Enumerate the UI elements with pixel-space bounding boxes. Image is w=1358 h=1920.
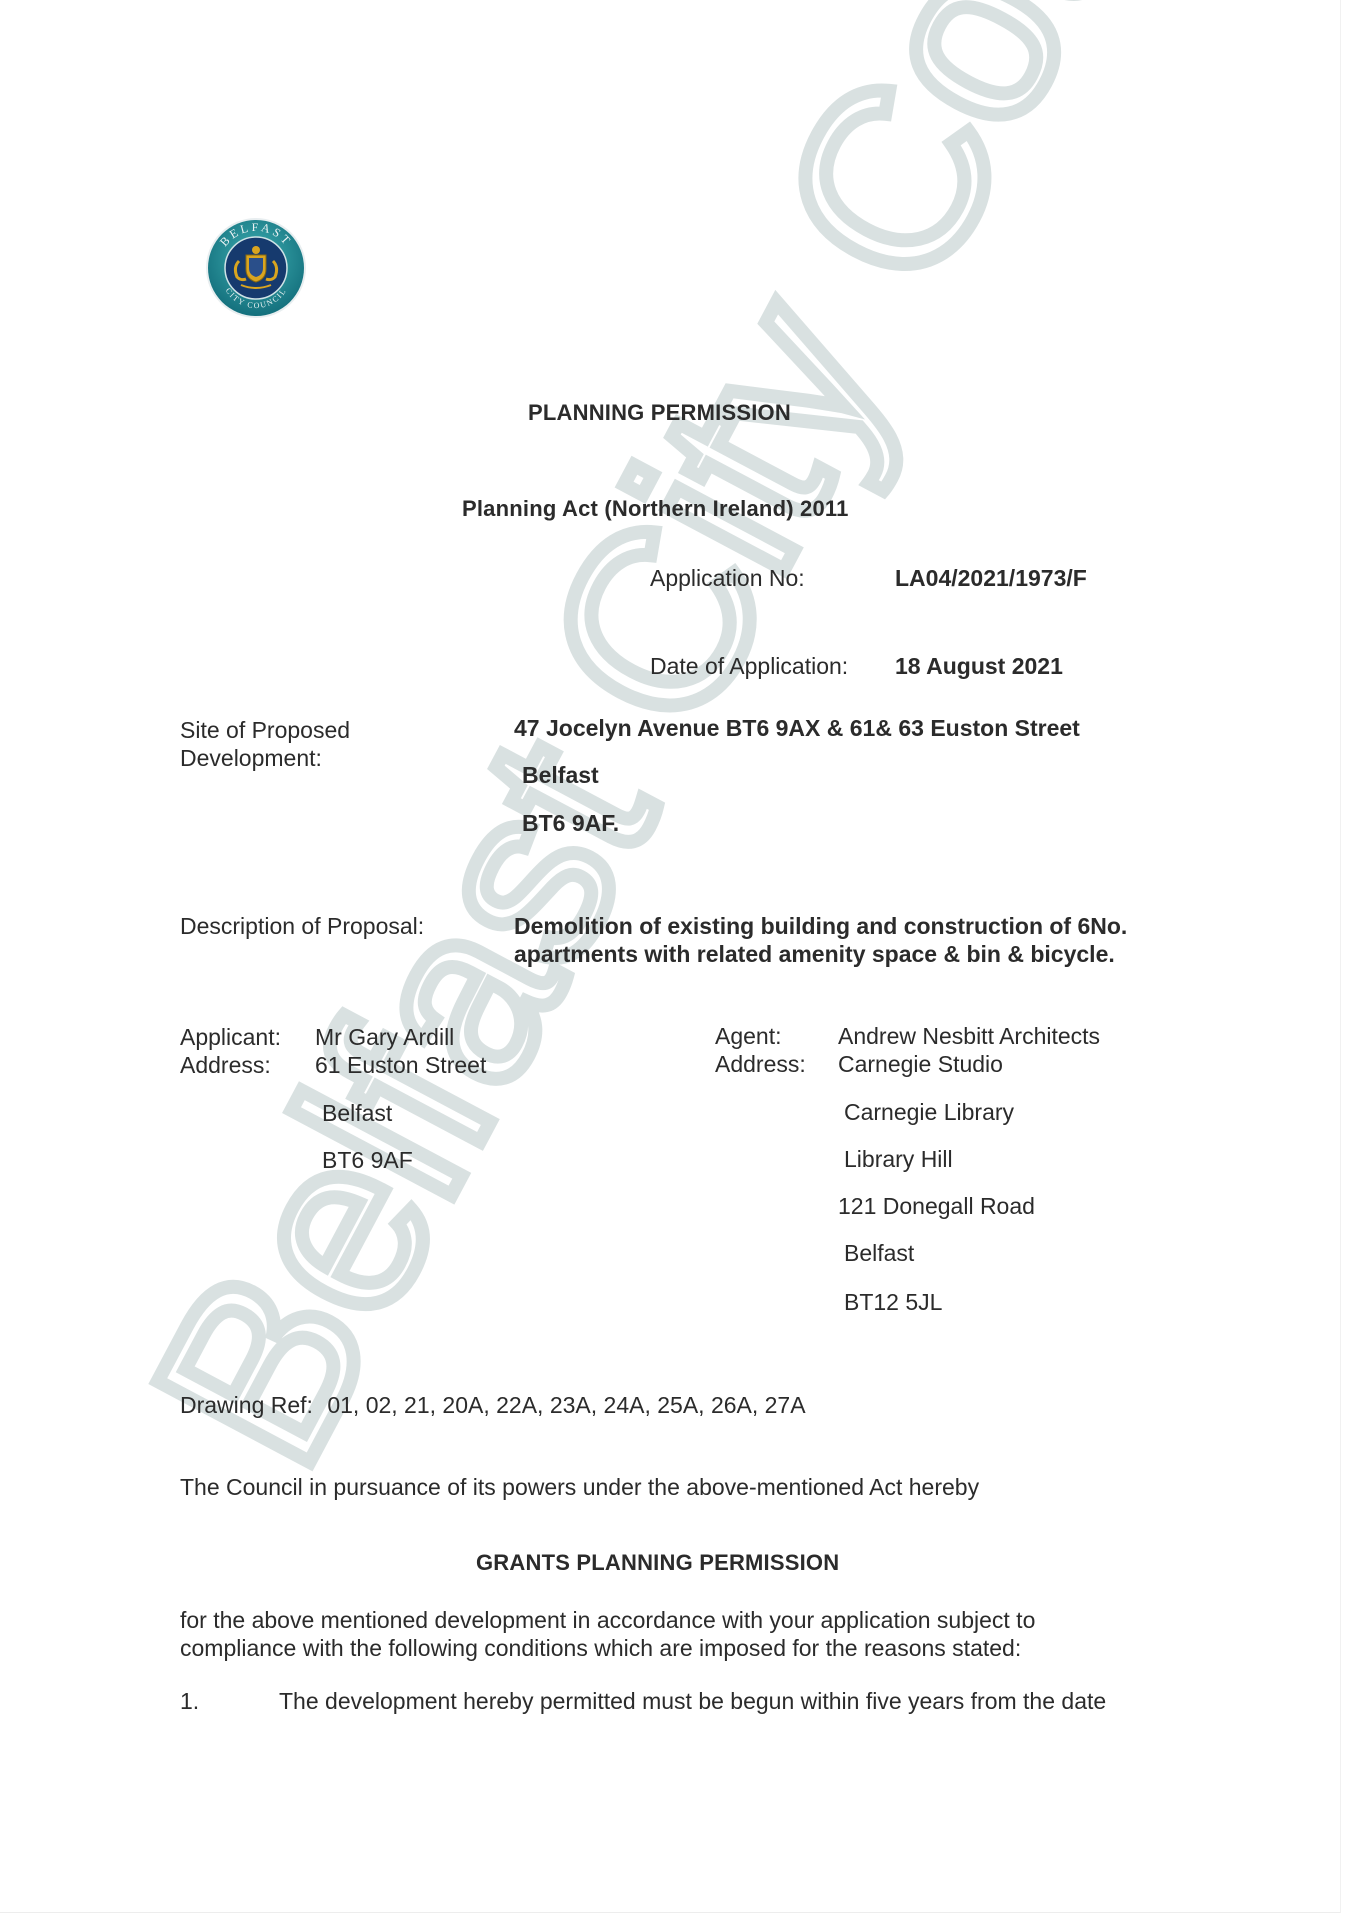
proposal-line1: Demolition of existing building and cons…: [514, 912, 1127, 940]
proposal-label: Description of Proposal:: [180, 913, 424, 940]
belfast-city-council-crest-icon: BELFAST CITY COUNCIL: [205, 217, 307, 319]
drawing-ref: Drawing Ref: 01, 02, 21, 20A, 22A, 23A, …: [180, 1392, 806, 1419]
applicant-details: Mr Gary Ardill 61 Euston Street: [315, 1023, 486, 1079]
council-logo: BELFAST CITY COUNCIL: [205, 217, 307, 319]
application-date-label: Date of Application:: [650, 653, 848, 680]
agent-name: Andrew Nesbitt Architects: [838, 1022, 1100, 1050]
application-date-value: 18 August 2021: [895, 653, 1063, 680]
site-address-line3: BT6 9AF.: [522, 810, 619, 837]
drawing-ref-value: 01, 02, 21, 20A, 22A, 23A, 24A, 25A, 26A…: [327, 1392, 805, 1418]
site-label-line1: Site of Proposed: [180, 716, 350, 744]
grant-heading: GRANTS PLANNING PERMISSION: [476, 1550, 839, 1576]
application-number-label: Application No:: [650, 565, 805, 592]
drawing-ref-label: Drawing Ref:: [180, 1392, 313, 1418]
site-address-line2: Belfast: [522, 762, 599, 789]
page-title: PLANNING PERMISSION: [528, 400, 791, 426]
act-title: Planning Act (Northern Ireland) 2011: [462, 496, 849, 522]
council-intro: The Council in pursuance of its powers u…: [180, 1474, 979, 1501]
applicant-name: Mr Gary Ardill: [315, 1023, 486, 1051]
proposal-line2: apartments with related amenity space & …: [514, 940, 1127, 968]
agent-address-line4: 121 Donegall Road: [838, 1193, 1035, 1220]
applicant-name-label: Applicant:: [180, 1023, 281, 1051]
agent-name-label: Agent:: [715, 1022, 806, 1050]
condition-1-number: 1.: [180, 1688, 199, 1715]
site-label: Site of Proposed Development:: [180, 716, 350, 772]
applicant-labels: Applicant: Address:: [180, 1023, 281, 1079]
agent-address-line3: Library Hill: [844, 1146, 953, 1173]
conditions-intro: for the above mentioned development in a…: [180, 1606, 1035, 1662]
conditions-intro-line1: for the above mentioned development in a…: [180, 1606, 1035, 1634]
site-address-line1: 47 Jocelyn Avenue BT6 9AX & 61& 63 Eusto…: [514, 715, 1080, 742]
site-label-line2: Development:: [180, 744, 350, 772]
condition-1-text: The development hereby permitted must be…: [279, 1688, 1106, 1715]
proposal-description: Demolition of existing building and cons…: [514, 912, 1127, 968]
applicant-address-label: Address:: [180, 1051, 281, 1079]
conditions-intro-line2: compliance with the following conditions…: [180, 1634, 1035, 1662]
agent-details: Andrew Nesbitt Architects Carnegie Studi…: [838, 1022, 1100, 1078]
agent-address-line5: Belfast: [844, 1240, 914, 1267]
applicant-address-line3: BT6 9AF: [322, 1147, 413, 1174]
agent-address-line6: BT12 5JL: [844, 1289, 942, 1316]
agent-address-line2: Carnegie Library: [844, 1099, 1014, 1126]
agent-address-line1: Carnegie Studio: [838, 1050, 1100, 1078]
agent-address-label: Address:: [715, 1050, 806, 1078]
applicant-address-line2: Belfast: [322, 1100, 392, 1127]
applicant-address-line1: 61 Euston Street: [315, 1051, 486, 1079]
application-number-value: LA04/2021/1973/F: [895, 565, 1087, 592]
agent-labels: Agent: Address:: [715, 1022, 806, 1078]
